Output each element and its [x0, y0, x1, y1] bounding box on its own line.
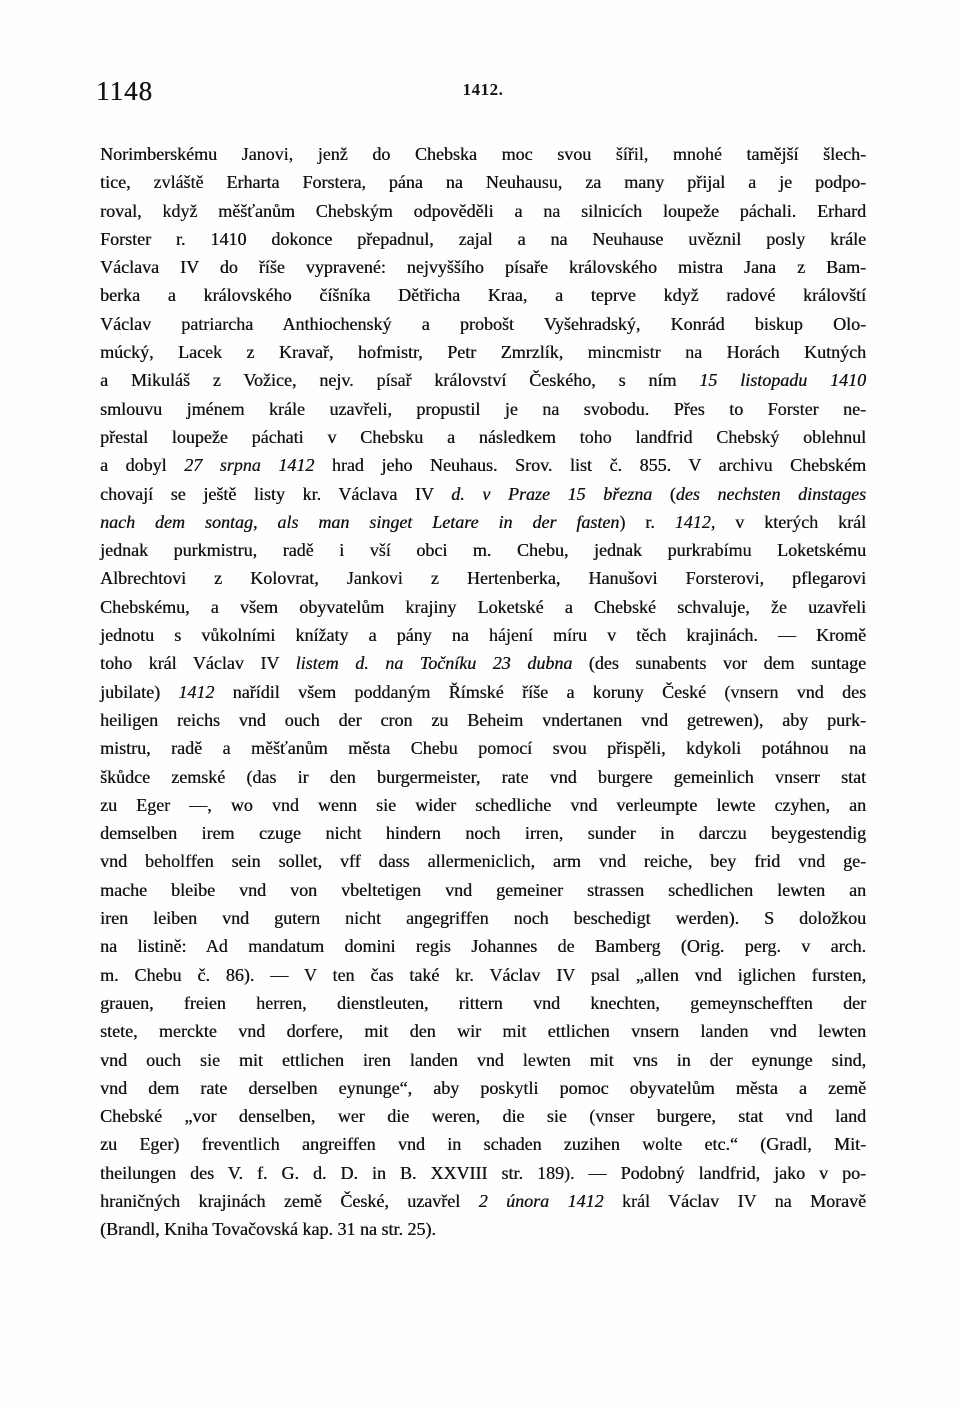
- text-line: Václava IV do říše vypravené: nejvyššího…: [100, 253, 866, 281]
- text-line: zu Eger) freventlich angreiffen vnd in s…: [100, 1130, 866, 1158]
- text-line: m. Chebu č. 86). — V ten čas také kr. Vá…: [100, 961, 866, 989]
- text-line: zu Eger —, wo vnd wenn sie wider schedli…: [100, 791, 866, 819]
- text-line: Norimberskému Janovi, jenž do Chebska mo…: [100, 140, 866, 168]
- text-line: jednak purkmistru, radě i vší obci m. Ch…: [100, 536, 866, 564]
- text-line: chovají se ještě listy kr. Václava IV d.…: [100, 480, 866, 508]
- text-line: a dobyl 27 srpna 1412 hrad jeho Neuhaus.…: [100, 451, 866, 479]
- text-line: roval, když měšťanům Chebským odpověděli…: [100, 197, 866, 225]
- text-line: nach dem sontag, als man singet Letare i…: [100, 508, 866, 536]
- text-line: mache bleibe vnd von vbeltetigen vnd gem…: [100, 876, 866, 904]
- text-line: hraničných krajinách země České, uzavřel…: [100, 1187, 866, 1215]
- text-line: iren leiben vnd gutern nicht angegriffen…: [100, 904, 866, 932]
- text-line: vnd beholffen sein sollet, vff dass alle…: [100, 847, 866, 875]
- text-line: mistru, radě a měšťanům města Chebu pomo…: [100, 734, 866, 762]
- text-line: stete, merckte vnd dorfere, mit den wir …: [100, 1017, 866, 1045]
- book-page: 1148 1412. Norimberskému Janovi, jenž do…: [0, 0, 960, 1405]
- text-line: škůdce zemské (das ir den burgermeister,…: [100, 763, 866, 791]
- text-line: Václav patriarcha Anthiochenský a proboš…: [100, 310, 866, 338]
- text-line: grauen, freien herren, dienstleuten, rit…: [100, 989, 866, 1017]
- text-line: Albrechtovi z Kolovrat, Jankovi z Herten…: [100, 564, 866, 592]
- text-line: theilungen des V. f. G. d. D. in B. XXVI…: [100, 1159, 866, 1187]
- text-line: na listině: Ad mandatum domini regis Joh…: [100, 932, 866, 960]
- text-line: jednotu s vůkolními knížaty a pány na há…: [100, 621, 866, 649]
- text-line: toho král Václav IV listem d. na Točníku…: [100, 649, 866, 677]
- text-line: přestal loupeže páchati v Chebsku a násl…: [100, 423, 866, 451]
- text-line: berka a královského číšníka Dětřicha Kra…: [100, 281, 866, 309]
- text-line: demselben irem czuge nicht hindern noch …: [100, 819, 866, 847]
- text-line: vnd ouch sie mit ettlichen iren landen v…: [100, 1046, 866, 1074]
- text-line: múcký, Lacek z Kravař, hofmistr, Petr Zm…: [100, 338, 866, 366]
- text-line: (Brandl, Kniha Tovačovská kap. 31 na str…: [100, 1215, 866, 1243]
- text-line: a Mikuláš z Vožice, nejv. písař královst…: [100, 366, 866, 394]
- text-line: Chebské „vor denselben, wer die weren, d…: [100, 1102, 866, 1130]
- text-line: jubilate) 1412 nařídil všem poddaným Řím…: [100, 678, 866, 706]
- text-line: Forster r. 1410 dokonce přepadnul, zajal…: [100, 225, 866, 253]
- text-line: smlouvu jménem krále uzavřeli, propustil…: [100, 395, 866, 423]
- text-line: tice, zvláště Erharta Forstera, pána na …: [100, 168, 866, 196]
- text-line: Chebskému, a všem obyvatelům krajiny Lok…: [100, 593, 866, 621]
- text-line: vnd dem rate derselben eynunge“, aby pos…: [100, 1074, 866, 1102]
- body-text: Norimberskému Janovi, jenž do Chebska mo…: [100, 140, 866, 1244]
- year-heading: 1412.: [100, 80, 866, 100]
- text-line: heiligen reichs vnd ouch der cron zu Beh…: [100, 706, 866, 734]
